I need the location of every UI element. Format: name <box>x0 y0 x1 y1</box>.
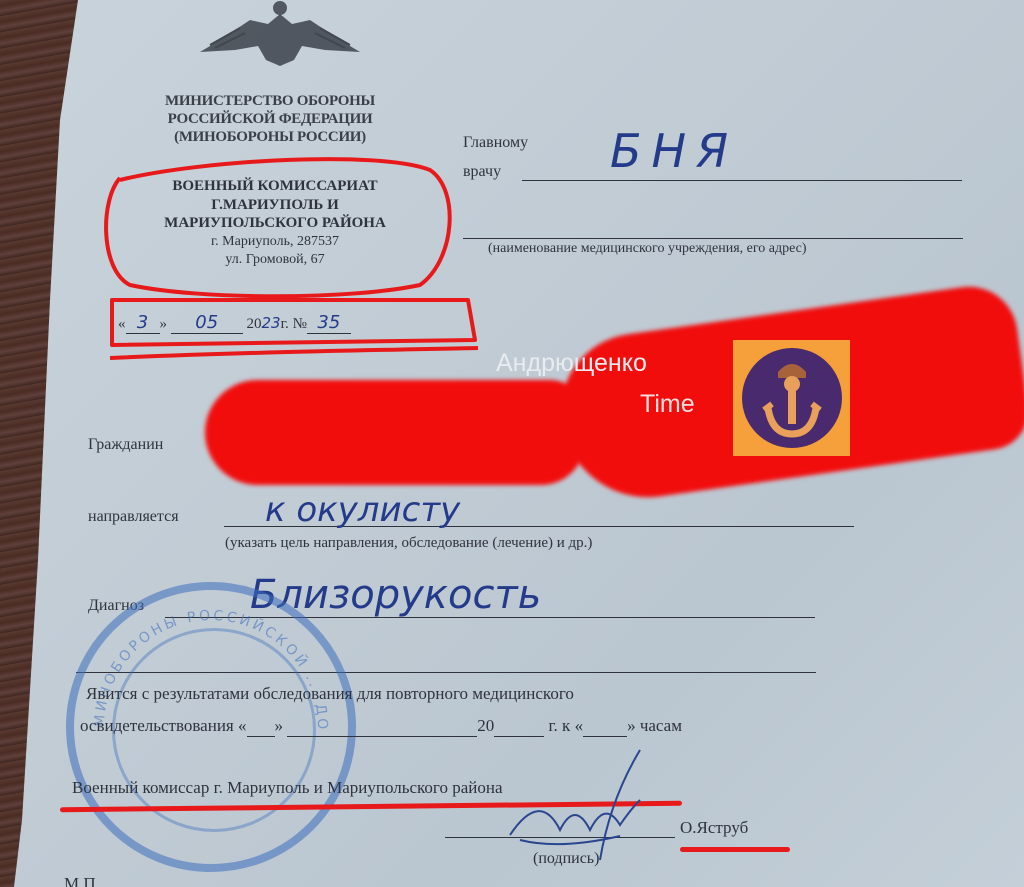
addressee-rule <box>522 180 962 181</box>
double-headed-eagle-icon <box>180 0 380 66</box>
address-line: г. Мариуполь, 287537 <box>110 233 440 252</box>
redaction-citizen-name <box>205 380 585 485</box>
handwritten-signature <box>480 740 680 870</box>
office-line: ВОЕННЫЙ КОМИССАРИАТ <box>110 177 440 196</box>
citizen-label: Гражданин <box>88 436 163 454</box>
addressee-label-1: Главному <box>463 134 528 152</box>
anchor-with-helmet-icon <box>742 348 842 448</box>
addressee-label-2: врачу <box>463 163 501 181</box>
ministry-header: МИНИСТЕРСТВО ОБОРОНЫ РОССИЙСКОЙ ФЕДЕРАЦИ… <box>120 92 420 146</box>
appear-hour-field[interactable] <box>583 716 627 737</box>
office-line: МАРИУПОЛЬСКОГО РАЙОНА <box>110 214 440 233</box>
ministry-line: МИНИСТЕРСТВО ОБОРОНЫ <box>120 92 420 110</box>
date-day-field[interactable]: 3 <box>126 312 160 334</box>
document-number-field[interactable]: 35 <box>307 312 351 334</box>
red-underline-name <box>680 847 790 852</box>
date-month-field[interactable]: 05 <box>171 312 243 334</box>
watermark-logo <box>733 340 850 456</box>
appear-line-2: освидетельствования « » 20 г. к « » часа… <box>80 716 682 737</box>
seal-label: М.П. <box>64 874 100 887</box>
appear-month-field[interactable] <box>287 716 477 737</box>
date-number-line: «3» 05 2023г. №35 <box>118 312 351 334</box>
directed-hint: (указать цель направления, обследование … <box>225 535 592 552</box>
ministry-line: (МИНОБОРОНЫ РОССИИ) <box>120 128 420 146</box>
appear-year-field[interactable] <box>494 716 544 737</box>
watermark-text-line2: Time <box>640 390 695 419</box>
addressee-handwritten[interactable]: БНЯ <box>610 124 738 178</box>
directed-handwritten[interactable]: к окулисту <box>265 490 460 530</box>
watermark-text-line1: Андрющенко <box>496 349 647 378</box>
directed-label: направляется <box>88 508 179 526</box>
appear-line-1: Явится с результатами обследования для п… <box>86 684 574 704</box>
stamp-text: МИНОБОРОНЫ РОССИЙСКОЙ ... ДОНЕЦКОЙ НАРОД… <box>67 576 330 732</box>
addressee-rule-2 <box>463 238 963 239</box>
signatory-name: О.Яструб <box>680 818 748 838</box>
commissar-title: Военный комиссар г. Мариуполь и Мариупол… <box>72 778 503 798</box>
date-year-field[interactable]: 23 <box>262 314 281 332</box>
office-header: ВОЕННЫЙ КОМИССАРИАТ Г.МАРИУПОЛЬ И МАРИУП… <box>110 177 440 270</box>
ministry-line: РОССИЙСКОЙ ФЕДЕРАЦИИ <box>120 110 420 128</box>
svg-text:МИНОБОРОНЫ РОССИЙСКОЙ ... ДОНЕ: МИНОБОРОНЫ РОССИЙСКОЙ ... ДОНЕЦКОЙ НАРОД… <box>67 576 330 732</box>
office-line: Г.МАРИУПОЛЬ И <box>110 196 440 215</box>
address-line: ул. Громовой, 67 <box>110 251 440 270</box>
addressee-hint: (наименование медицинского учреждения, е… <box>488 241 807 257</box>
